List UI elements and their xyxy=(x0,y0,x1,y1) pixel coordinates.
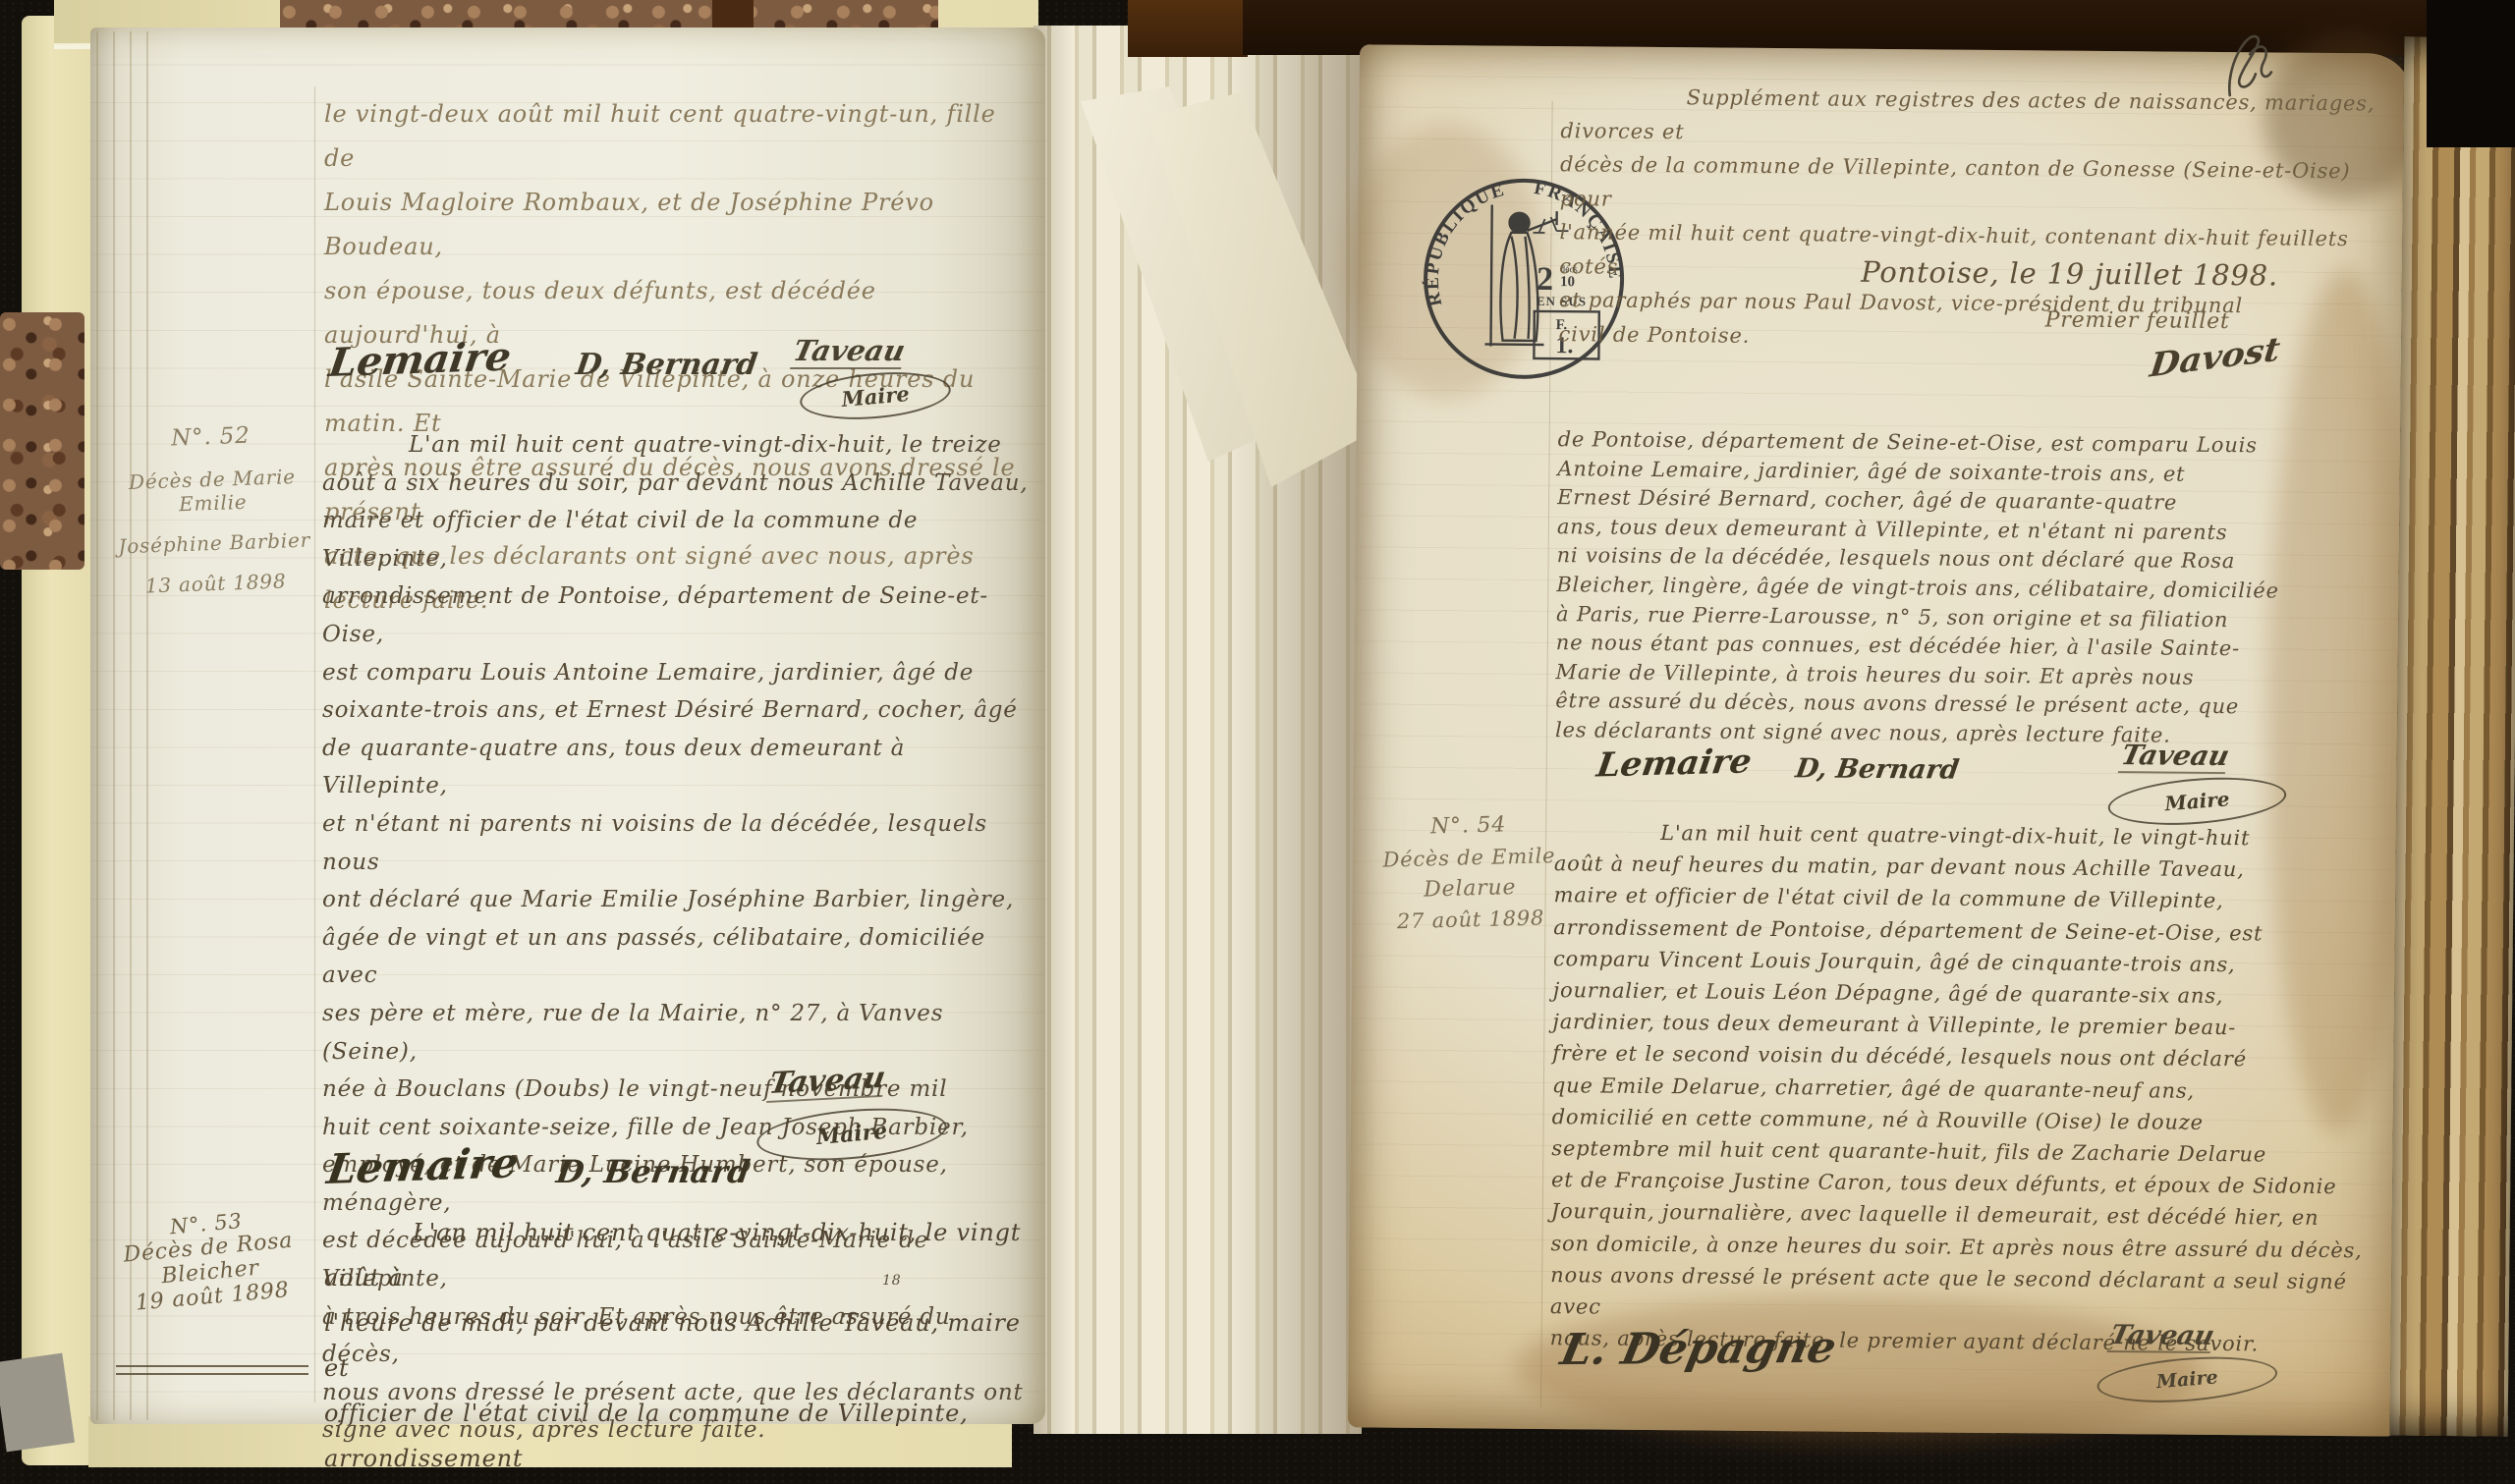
header-text: Supplément aux registres des actes de na… xyxy=(1558,80,2390,357)
interline-mark: 18 xyxy=(882,1273,901,1289)
signature-depagne: L. Dépagne xyxy=(1556,1323,1840,1375)
margin-note-52: N°. 52 Décès de Marie Emilie Joséphine B… xyxy=(111,421,315,599)
page-edge-stack-right xyxy=(2390,36,2515,1436)
signature-lemaire: Lemaire xyxy=(324,1138,522,1193)
margin-double-rule xyxy=(116,1365,308,1375)
signature-taveau: Taveau xyxy=(2107,1320,2217,1353)
signature-taveau: Taveau xyxy=(2118,739,2233,774)
header-feuillet-label: Premier feuillet xyxy=(2045,307,2230,334)
act-53-text-start: L'an mil huit cent quatre-vingt-dix-huit… xyxy=(324,1210,1035,1481)
margin-note-54: N°. 54 Décès de Emile Delarue 27 août 18… xyxy=(1361,811,1578,935)
signature-maire: Maire xyxy=(2155,1366,2218,1393)
margin-note-52-line1: Décès de Marie Emilie xyxy=(113,465,313,519)
margin-note-52-date: 13 août 1898 xyxy=(116,568,315,598)
signature-lemaire: Lemaire xyxy=(1594,742,1755,785)
signature-maire: Maire xyxy=(2164,787,2231,815)
margin-note-53: N°. 53 Décès de Rosa Bleicher 19 août 18… xyxy=(100,1203,318,1318)
header-dateline: Pontoise, le 19 juillet 1898. xyxy=(1861,255,2278,293)
cover-corner-wedge xyxy=(0,1353,75,1453)
left-page: le vingt-deux août mil huit cent quatre-… xyxy=(90,27,1045,1424)
margin-note-54-line2: Delarue xyxy=(1363,874,1578,905)
registry-book-photo: le vingt-deux août mil huit cent quatre-… xyxy=(0,0,2515,1484)
margin-note-54-number: N°. 54 xyxy=(1361,811,1576,842)
margin-note-54-line1: Décès de Emile xyxy=(1362,844,1577,873)
signature-bernard: D, Bernard xyxy=(1794,753,1961,785)
act-54-text: L'an mil huit cent quatre-vingt-dix-huit… xyxy=(1550,816,2395,1361)
signature-bernard: D, Bernard xyxy=(554,1153,753,1190)
signature-lemaire: Lemaire xyxy=(326,334,514,386)
signature-bernard: D, Bernard xyxy=(574,348,759,382)
act-53-continuation-text: de Pontoise, département de Seine-et-Ois… xyxy=(1555,425,2393,752)
signature-taveau: Taveau xyxy=(790,334,908,369)
previous-page-edges xyxy=(96,31,153,1420)
background-corner xyxy=(2427,0,2515,147)
book-cover-left-edge xyxy=(22,16,94,1465)
stamp-value-big: 2 xyxy=(1537,261,1553,298)
spine-wood-top xyxy=(1128,0,1248,57)
signature-maire: Maire xyxy=(840,381,910,412)
margin-note-54-date: 27 août 1898 xyxy=(1364,905,1579,934)
margin-note-52-line2: Joséphine Barbier xyxy=(115,527,314,558)
margin-rule xyxy=(314,86,315,1402)
right-page: RÉPUBLIQUE FRANÇAISE 2 décs 10 EN SUS xyxy=(1348,44,2413,1436)
marbled-paper-left xyxy=(0,312,84,570)
signature-taveau: Taveau xyxy=(766,1061,888,1103)
signature-maire: Maire xyxy=(815,1119,889,1150)
